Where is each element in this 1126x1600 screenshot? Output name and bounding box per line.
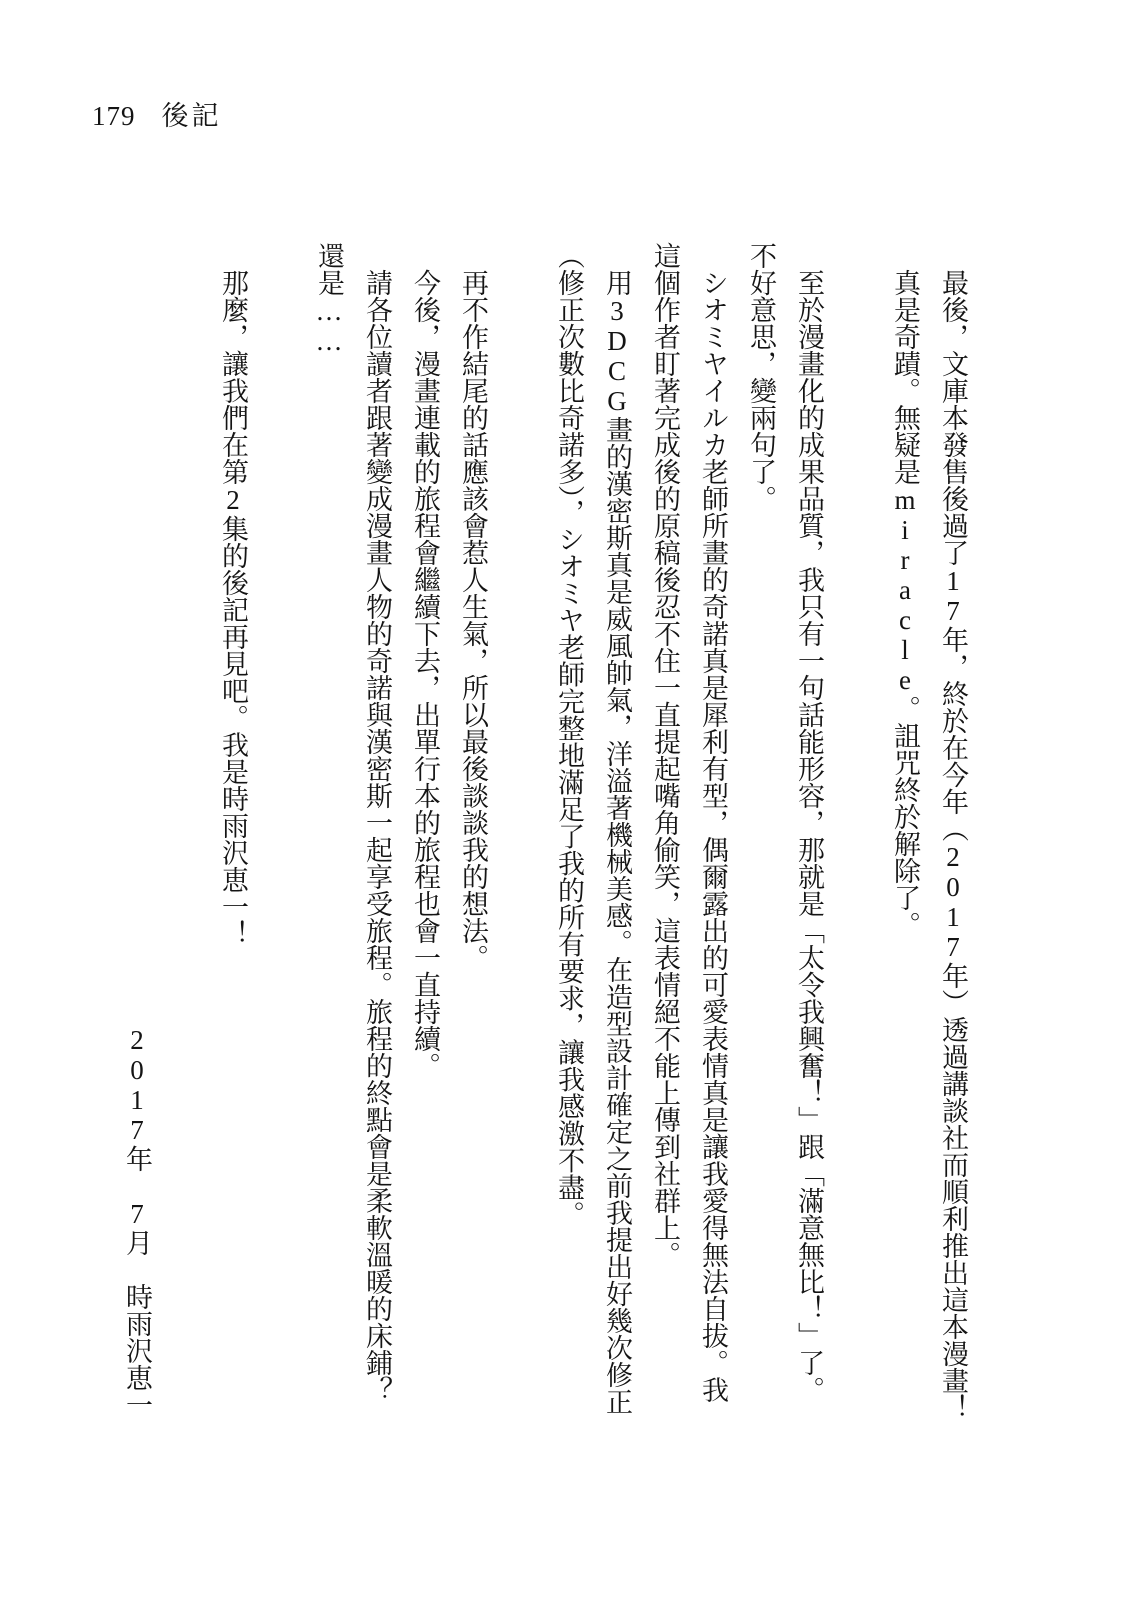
text-column: 真是奇蹟。無疑是miracle。詛咒終於解除了。 <box>881 242 929 1420</box>
afterword-text-block: 最後，文庫本發售後過了17年，終於在今年（2017年）透過講談社而順利推出這本漫… <box>113 242 977 1420</box>
section-title: 後記 <box>162 101 222 131</box>
text-column: 那麼，讓我們在第2集的後記再見吧。我是時雨沢恵一！ <box>209 242 257 1420</box>
text-column: 2017年 7月 時雨沢恵一 <box>113 242 161 1420</box>
text-column: 不好意思，變兩句了。 <box>737 242 785 1420</box>
text-column: 今後，漫畫連載的旅程會繼續下去，出單行本的旅程也會一直持續。 <box>401 242 449 1420</box>
text-column: 最後，文庫本發售後過了17年，終於在今年（2017年）透過講談社而順利推出這本漫… <box>929 242 977 1420</box>
text-column: シオミヤイルカ老師所畫的奇諾真是犀利有型，偶爾露出的可愛表情真是讓我愛得無法自拔… <box>689 242 737 1420</box>
text-column: 用3DCG畫的漢密斯真是威風帥氣，洋溢著機械美感。在造型設計確定之前我提出好幾次… <box>593 242 641 1420</box>
text-column: （修正次數比奇諾多），シオミヤ老師完整地滿足了我的所有要求，讓我感激不盡。 <box>545 242 593 1420</box>
text-column: 再不作結尾的話應該會惹人生氣，所以最後談談我的想法。 <box>449 242 497 1420</box>
text-column: 還是…… <box>305 242 353 1420</box>
page-header: 179後記 <box>92 94 222 133</box>
page-number: 179 <box>92 101 136 131</box>
text-column: 請各位讀者跟著變成漫畫人物的奇諾與漢密斯一起享受旅程。旅程的終點會是柔軟溫暖的床… <box>353 242 401 1420</box>
text-column: 這個作者盯著完成後的原稿後忍不住一直提起嘴角偷笑，這表情絕不能上傳到社群上。 <box>641 242 689 1420</box>
column-gap <box>833 242 881 1420</box>
text-column: 至於漫畫化的成果品質，我只有一句話能形容，那就是「太令我興奮！」跟「滿意無比！」… <box>785 242 833 1420</box>
column-gap <box>161 242 209 1420</box>
column-gap <box>497 242 545 1420</box>
column-gap <box>257 242 305 1420</box>
